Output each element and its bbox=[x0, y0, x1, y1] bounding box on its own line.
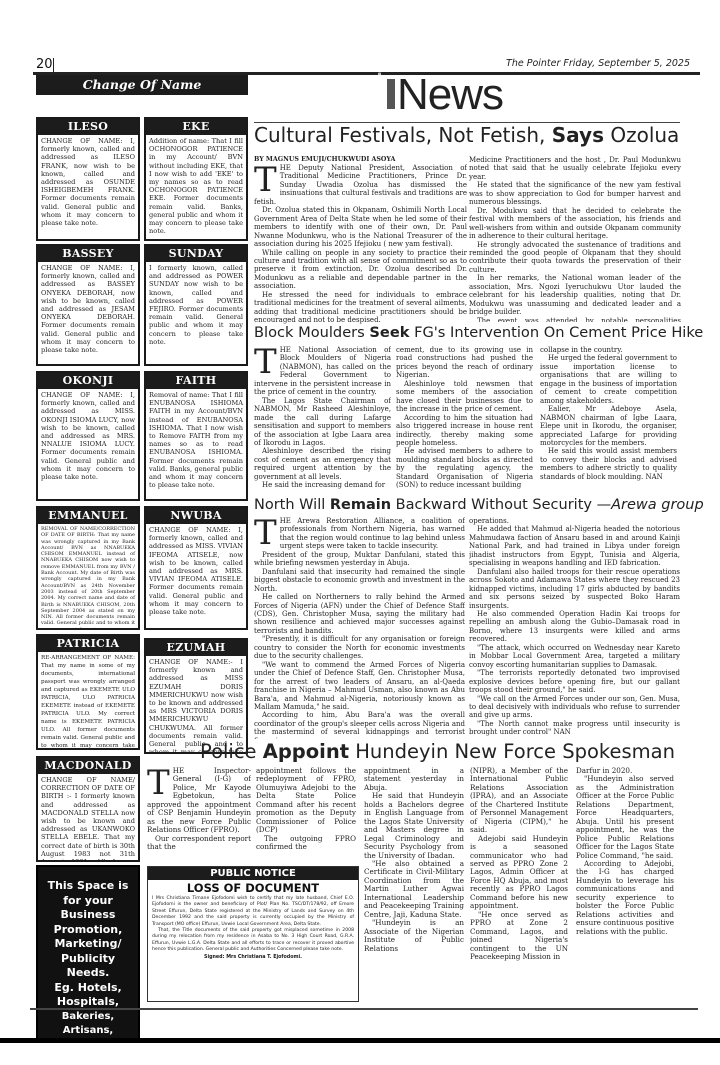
paragraph: He advised members to adhere to moulding… bbox=[396, 447, 533, 489]
ad-title: EZUMAH bbox=[146, 640, 246, 656]
ad-title: EMMANUEL bbox=[38, 508, 138, 524]
headline-emphasis: Says bbox=[552, 123, 604, 147]
paragraph: appointment follows the redeployment of … bbox=[256, 767, 356, 835]
ad-body: CHANGE OF NAME: I, formerly known, calle… bbox=[149, 526, 243, 616]
public-notice-box: PUBLIC NOTICE LOSS OF DOCUMENT I Mrs Chr… bbox=[147, 866, 359, 1002]
ad-ileso: ILESOCHANGE OF NAME: I, formerly known, … bbox=[36, 117, 140, 241]
paragraph: Adejobi said Hundeyin is a seasoned comm… bbox=[470, 835, 568, 911]
ad-title: EKE bbox=[146, 119, 246, 135]
article-arewa-col2: operations. He added that Mahmud al-Nige… bbox=[469, 517, 680, 739]
scan-edge-band bbox=[0, 1038, 720, 1043]
paragraph: "Hundeyin is an Associate of the Nigeria… bbox=[364, 919, 464, 953]
ad-title: FAITH bbox=[146, 373, 246, 389]
paragraph: Medicine Practitioners and the host , Dr… bbox=[469, 156, 681, 181]
article-ozolua-col2: Medicine Practitioners and the host , Dr… bbox=[469, 156, 681, 322]
paragraph: appointment in a statement yesterday in … bbox=[364, 767, 464, 792]
paragraph: In her remarks, the National woman leade… bbox=[469, 274, 681, 316]
article-ozolua-col1: THE Deputy National President, Associati… bbox=[254, 164, 467, 324]
paragraph: "We call on the Armed Forces under our s… bbox=[469, 695, 680, 720]
paragraph: Danfulani also hailed troops for their r… bbox=[469, 568, 680, 610]
ad-sunday: SUNDAYI formerly known, called and addre… bbox=[144, 244, 248, 366]
article-police-col1: THE Inspector-General (I-G) of Police, M… bbox=[147, 767, 251, 863]
paragraph: Danfulani said that insecurity had remai… bbox=[254, 568, 465, 593]
paragraph: "He also obtained a Certificate in Civil… bbox=[364, 860, 464, 919]
promo-line: for your Business bbox=[38, 894, 138, 923]
paragraph: (NIPR), a Member of the International Pu… bbox=[470, 767, 568, 835]
ad-body: CHANGE OF NAME: I, formerly known, calle… bbox=[41, 391, 135, 481]
paragraph: He called on Northerners to rally behind… bbox=[254, 593, 465, 635]
paragraph: Aleshinloye described the rising cost of… bbox=[254, 447, 391, 481]
paragraph: While calling on people in any society t… bbox=[254, 249, 467, 291]
paragraph: "The North cannot make progress until in… bbox=[469, 720, 680, 737]
paragraph: Dr. Modukwu said that he decided to cele… bbox=[469, 207, 681, 241]
paragraph: He said the increasing demand for bbox=[254, 481, 391, 489]
page-footer-rule bbox=[30, 1008, 698, 1010]
headline-attribution: —Arewa group bbox=[597, 497, 704, 513]
dateline: The Pointer Friday, September 5, 2025 bbox=[506, 58, 690, 69]
paragraph: Dr. Ozolua stated this in Okpanam, Oshim… bbox=[254, 206, 467, 248]
promo-line: etc bbox=[38, 1053, 138, 1065]
article-arewa-col1: THE Arewa Restoration Alliance, a coalit… bbox=[254, 517, 465, 739]
headline-part: Backward Without Security bbox=[391, 497, 597, 513]
promo-line: Promotion, bbox=[38, 923, 138, 938]
article-cement-col3: collapse in the country. He urged the fe… bbox=[540, 346, 677, 494]
notice-title: LOSS OF DOCUMENT bbox=[148, 881, 358, 895]
notice-header: PUBLIC NOTICE bbox=[148, 867, 358, 880]
logo-side-text: ThePointer bbox=[377, 93, 383, 101]
headline-emphasis: Seek bbox=[369, 324, 409, 341]
headline-part: Ozolua bbox=[604, 123, 679, 147]
article-police-col4: (NIPR), a Member of the International Pu… bbox=[470, 767, 568, 997]
paragraph: President of the group, Muktar Danfulani… bbox=[254, 551, 465, 568]
paragraph: "The attack, which occurred on Wednesday… bbox=[469, 644, 680, 669]
drop-cap: T bbox=[147, 769, 170, 797]
paragraph: collapse in the country. bbox=[540, 346, 677, 354]
ad-title: ILESO bbox=[38, 119, 138, 135]
article-police-col2: appointment follows the redeployment of … bbox=[256, 767, 356, 863]
ad-body: CHANGE OF NAME/ CORRECTION OF DATE OF BI… bbox=[41, 776, 135, 862]
headline-cement: Block Moulders Seek FG's Intervention On… bbox=[254, 324, 703, 341]
paragraph: According to Adejobi, the I-G has charge… bbox=[576, 860, 674, 936]
paragraph: He strongly advocated the sustenance of … bbox=[469, 241, 681, 275]
section-title: News bbox=[397, 75, 503, 115]
paragraph: operations. bbox=[469, 517, 680, 525]
promo-line: Marketing/ bbox=[38, 937, 138, 952]
ad-ezumah: EZUMAHCHANGE OF NAME:- I formerly known … bbox=[144, 638, 248, 754]
ad-faith: FAITHRemoval of name: That I fill ENUBAN… bbox=[144, 371, 248, 501]
notice-body: I Mrs Christiana Timane Ejofodomi wish t… bbox=[148, 896, 358, 954]
ad-body: CHANGE OF NAME: I, formerly known, calle… bbox=[41, 137, 135, 227]
ad-title: SUNDAY bbox=[146, 246, 246, 262]
ad-title: BASSEY bbox=[38, 246, 138, 262]
ad-nwuba: NWUBACHANGE OF NAME: I, formerly known, … bbox=[144, 506, 248, 630]
headline-part: Police bbox=[200, 740, 263, 763]
ad-body: Addition of name: That I fill OCHONOGOR … bbox=[149, 137, 243, 235]
paragraph: cement, due to its growing use in road c… bbox=[396, 346, 533, 380]
pointer-logo-icon: ThePointer bbox=[387, 79, 395, 109]
article-police-col5: Darfur in 2020. "Hundeyin also served as… bbox=[576, 767, 674, 997]
promo-line: Publicity Needs. bbox=[38, 952, 138, 981]
ad-title: NWUBA bbox=[146, 508, 246, 524]
paragraph: "The terrorists reportedly detonated two… bbox=[469, 669, 680, 694]
paragraph: The outgoing FPRO confirmed the bbox=[256, 835, 356, 852]
ad-patricia: PATRICIARE-ARRANGEMENT OF NAME: That my … bbox=[36, 634, 140, 750]
paragraph: Ealier, Mr Adeboye Asela, NABMON chairma… bbox=[540, 405, 677, 447]
paragraph: Aleshinloye told newsmen that some membe… bbox=[396, 380, 533, 414]
paragraph: HE Arewa Restoration Alliance, a coaliti… bbox=[280, 517, 465, 550]
paragraph: Our correspondent report that the bbox=[147, 835, 251, 852]
paragraph: According to him the situation had also … bbox=[396, 414, 533, 448]
paragraph: He added that Mahmud al-Nigeria headed t… bbox=[469, 525, 680, 567]
section-logo: ThePointer News bbox=[397, 75, 503, 115]
byline: BY MAGNUS EMUJI/CHUKWUDI ASOYA bbox=[254, 156, 395, 163]
headline-part: Cultural Festivals, Not Fetish, bbox=[254, 123, 552, 147]
change-of-name-banner: Change Of Name bbox=[36, 75, 248, 95]
ad-eke: EKEAddition of name: That I fill OCHONOG… bbox=[144, 117, 248, 241]
page-number-divider bbox=[53, 58, 54, 72]
paragraph: He stated that the significance of the n… bbox=[469, 181, 681, 206]
paragraph: According to him, Abu Bara'a was the ove… bbox=[254, 711, 465, 739]
paragraph: That, the Title documents of the said pr… bbox=[152, 928, 354, 954]
headline-emphasis: Remain bbox=[330, 497, 391, 513]
page-number: 20 bbox=[36, 57, 53, 72]
paragraph: "Presently, it is difficult for any orga… bbox=[254, 635, 465, 660]
promo-line: This Space is bbox=[38, 879, 138, 894]
ad-body: I formerly known, called and addressed a… bbox=[149, 264, 243, 346]
paragraph: He stressed the need for individuals to … bbox=[254, 291, 467, 324]
promo-line: Eg. Hotels, bbox=[38, 981, 138, 996]
paragraph: He urged the federal government to issue… bbox=[540, 354, 677, 405]
headline-emphasis: Appoint bbox=[263, 740, 349, 763]
headline-part: FG's Intervention On Cement Price Hike bbox=[409, 324, 703, 341]
ad-body: CHANGE OF NAME: I, formerly known, calle… bbox=[41, 264, 135, 354]
paragraph: "We want to commend the Armed Forces of … bbox=[254, 661, 465, 712]
ad-title: PATRICIA bbox=[38, 636, 138, 652]
classifieds-column: Change Of Name ILESOCHANGE OF NAME: I, f… bbox=[36, 75, 248, 95]
promo-line: Bakeries, Artisans, bbox=[38, 1010, 138, 1039]
ad-bassey: BASSEYCHANGE OF NAME: I, formerly known,… bbox=[36, 244, 140, 366]
ad-title: OKONJI bbox=[38, 373, 138, 389]
paragraph: "Hundeyin also served as the Administrat… bbox=[576, 775, 674, 860]
headline-arewa: North Will Remain Backward Without Secur… bbox=[254, 497, 704, 513]
article-cement-col1: THE National Association of Block Moulde… bbox=[254, 346, 391, 494]
headline-part: Block Moulders bbox=[254, 324, 369, 341]
headline-part: Hundeyin New Force Spokesman bbox=[349, 740, 675, 763]
headline-police: Police Appoint Hundeyin New Force Spokes… bbox=[200, 740, 675, 763]
ad-body: Removal of name: That I fill ENUBANOSA I… bbox=[149, 391, 243, 489]
paragraph: He said this would assist members to con… bbox=[540, 447, 677, 481]
drop-cap: T bbox=[254, 519, 277, 547]
ad-title: MACDONALD bbox=[38, 758, 138, 774]
paragraph: HE Deputy National President, Associatio… bbox=[254, 164, 467, 206]
paragraph: The event was attended by notable person… bbox=[469, 317, 681, 322]
paragraph: He also commended Operation Hadin Kai tr… bbox=[469, 610, 680, 644]
headline-ozolua: Cultural Festivals, Not Fetish, Says Ozo… bbox=[254, 123, 679, 147]
paragraph: "He once served as PPRO at Zone 2 Comman… bbox=[470, 911, 568, 962]
ad-body: RE-ARRANGEMENT OF NAME: That my name in … bbox=[41, 654, 135, 750]
article-police-col3: appointment in a statement yesterday in … bbox=[364, 767, 464, 997]
ad-okonji: OKONJICHANGE OF NAME: I, formerly known,… bbox=[36, 371, 140, 501]
paragraph: He said that Hundeyin holds a Bachelors … bbox=[364, 792, 464, 860]
drop-cap: T bbox=[254, 166, 277, 194]
notice-signature: Signed: Mrs Christiana T. Ejofodomi. bbox=[148, 955, 358, 960]
paragraph: The Lagos State Chairman of NABMON, Mr R… bbox=[254, 397, 391, 448]
drop-cap: T bbox=[254, 348, 277, 376]
paragraph: I Mrs Christiana Timane Ejofodomi wish t… bbox=[152, 896, 354, 928]
headline-part: North Will bbox=[254, 497, 330, 513]
ad-emmanuel: EMMANUELREMOVAL OF NAME/CORRECTION OF DA… bbox=[36, 506, 140, 630]
advertising-space-promo: This Space is for your Business Promotio… bbox=[36, 865, 140, 1043]
article-cement-col2: cement, due to its growing use in road c… bbox=[396, 346, 533, 494]
ad-macdonald: MACDONALDCHANGE OF NAME/ CORRECTION OF D… bbox=[36, 756, 140, 862]
ad-body: REMOVAL OF NAME/CORRECTION OF DATE OF BI… bbox=[41, 526, 135, 630]
